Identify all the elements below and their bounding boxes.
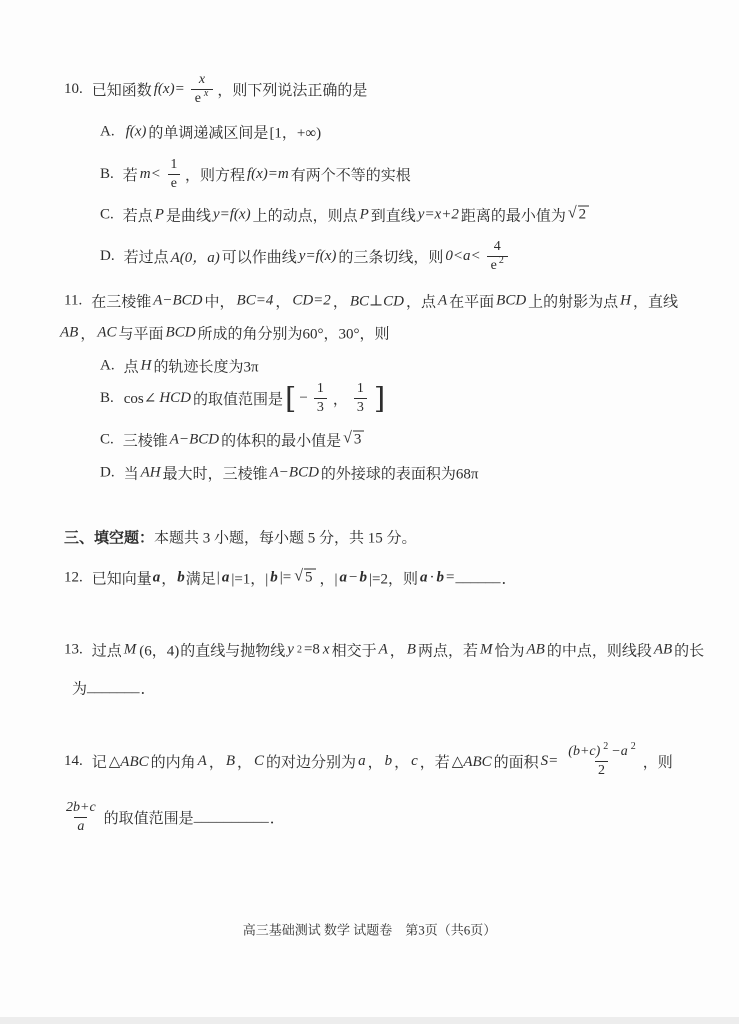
question-11-option-d: D. 当 AH 最大时，三棱锥 A−BCD 的外接球的表面积为68π xyxy=(100,463,479,484)
answer-blank: _______ xyxy=(87,680,140,697)
text-run: ，点 xyxy=(406,291,436,312)
period: ． xyxy=(501,568,516,589)
math-run: M xyxy=(124,642,137,659)
comma: ， xyxy=(237,751,252,772)
superscript: 2 xyxy=(631,741,636,752)
text-run: 的取值范围是 xyxy=(193,388,283,409)
math-run: P xyxy=(155,207,164,224)
text-run: 已知向量 xyxy=(92,568,152,589)
text-run: 的内角 xyxy=(151,751,196,772)
fraction-denominator: 3 xyxy=(354,398,367,417)
math-run: H xyxy=(620,293,631,310)
text-run: ，则 xyxy=(643,751,673,772)
math-run: cos∠ xyxy=(124,389,157,408)
text-run: 为 xyxy=(72,678,87,699)
fraction-denominator: e2 xyxy=(487,256,508,275)
math-run: =8 xyxy=(304,642,320,659)
math-run: |=1，| xyxy=(231,568,268,589)
question-10-option-a: A. f(x) 的单调递减区间是 [1，+∞) xyxy=(100,122,322,143)
math-run: M xyxy=(480,642,493,659)
math-run: AH xyxy=(141,465,161,482)
text-run: 记 xyxy=(92,751,107,772)
math-run: B xyxy=(226,753,235,770)
vector-b: b xyxy=(360,570,368,587)
question-13-stem-line-2: 为 _______ ． xyxy=(72,678,157,699)
superscript: 2 xyxy=(499,255,504,266)
comma: ， xyxy=(161,568,176,589)
text-run: 上的射影为点 xyxy=(528,291,618,312)
text-run: 距离的最小值为 xyxy=(461,205,566,226)
math-run: S= xyxy=(541,753,559,770)
math-run: x xyxy=(323,642,330,659)
text-run: 的面积 xyxy=(494,751,539,772)
math-run: A−BCD xyxy=(270,465,319,482)
page-footer: 高三基础测试 数学 试题卷 第3页（共6页） xyxy=(0,920,739,939)
equals-sign: = xyxy=(446,570,454,587)
math-run: ，| xyxy=(320,568,338,589)
comma: ， xyxy=(333,388,348,409)
question-number: 13. xyxy=(64,642,83,659)
text-run: ， xyxy=(333,291,348,312)
question-13-stem-line-1: 13. 过点 M (6，4) 的直线与抛物线 y2 =8 x 相交于 A ， B… xyxy=(64,640,704,661)
footer-text: 高三基础测试 数学 试题卷 第3页（共6页） xyxy=(243,920,497,939)
radicand: 5 xyxy=(304,569,316,587)
text-run: 满足 xyxy=(186,568,216,589)
math-run: △ABC xyxy=(109,752,149,771)
text-run: ，直线 xyxy=(633,291,678,312)
fraction: 2b+c a xyxy=(62,799,100,835)
math-run: y=x+2 xyxy=(418,207,459,224)
text-run: 三棱锥 xyxy=(123,430,168,451)
math-run: c xyxy=(411,753,418,770)
fraction-numerator: 2b+c xyxy=(64,799,98,817)
math-run: A xyxy=(198,753,207,770)
fraction: 1 e xyxy=(167,156,181,192)
question-11-option-c: C. 三棱锥 A−BCD 的体积的最小值是 √ 3 xyxy=(100,430,367,451)
text-run: 的长 xyxy=(674,640,704,661)
text-run: 恰为 xyxy=(494,640,524,661)
question-number: 11. xyxy=(64,293,82,310)
text-run: 的外接球的表面积为68π xyxy=(321,463,479,484)
radicand: 2 xyxy=(578,206,590,224)
text-run: 可以作曲线 xyxy=(222,246,297,267)
text-run: 所成的角分别为60°，30°，则 xyxy=(198,323,390,344)
text-run: 在平面 xyxy=(449,291,494,312)
question-number: 14. xyxy=(64,753,83,770)
text-run: 若点 xyxy=(123,205,153,226)
math-run: HCD xyxy=(159,390,191,407)
math-run: A xyxy=(379,642,388,659)
text-run: 在三棱锥 xyxy=(91,291,151,312)
fraction-numerator: 1 xyxy=(168,156,179,174)
answer-blank: ______ xyxy=(455,570,500,587)
option-label: C. xyxy=(100,432,114,449)
question-10-stem: 10. 已知函数 f(x)= x ex ，则下列说法正确的是 xyxy=(64,71,367,107)
text-run: 到直线 xyxy=(371,205,416,226)
question-11-stem-line-1: 11. 在三棱锥 A−BCD 中， BC=4 ， CD=2 ， BC⊥CD ，点… xyxy=(64,291,678,312)
math-run: b xyxy=(385,753,393,770)
radical-sign: √ xyxy=(568,205,577,223)
period: ． xyxy=(141,678,156,699)
text-run: e xyxy=(195,91,201,106)
math-run: A−BCD xyxy=(170,432,219,449)
answer-blank: __________ xyxy=(194,809,269,826)
math-run: A−BCD xyxy=(153,293,202,310)
vector-b: b xyxy=(436,570,444,587)
fraction-denominator: e xyxy=(168,174,180,193)
math-run: (6，4) xyxy=(139,640,179,661)
dot-operator: · xyxy=(429,570,434,587)
text-run: 是曲线 xyxy=(166,205,211,226)
question-12: 12. 已知向量 a ， b 满足 | a |=1，| b |= √ 5 ，| … xyxy=(64,568,517,589)
math-run: BCD xyxy=(166,325,196,342)
text-run: 的轨迹长度为3π xyxy=(153,356,258,377)
text-run: ，则方程 xyxy=(185,164,245,185)
text-run: 若过点 xyxy=(124,246,169,267)
question-10-option-c: C. 若点 P 是曲线 y=f(x) 上的动点，则点 P 到直线 y=x+2 距… xyxy=(100,205,592,226)
option-label: B. xyxy=(100,166,114,183)
scan-edge xyxy=(0,1017,739,1024)
math-run: m< xyxy=(140,166,161,183)
math-run: (b+c) xyxy=(568,744,600,759)
math-run: BCD xyxy=(496,293,526,310)
math-run: y=f(x) xyxy=(299,248,337,265)
radicand: 3 xyxy=(353,431,365,449)
question-number: 12. xyxy=(64,570,83,587)
math-run: AB xyxy=(654,642,672,659)
question-10-option-b: B. 若 m< 1 e ，则方程 f(x)=m 有两个不等的实根 xyxy=(100,156,411,192)
fraction: 1 3 xyxy=(353,380,368,416)
question-10-option-d: D. 若过点 A(0，a) 可以作曲线 y=f(x) 的三条切线，则 0<a< … xyxy=(100,238,512,274)
fraction-numerator: 4 xyxy=(492,238,503,256)
radical-sign: √ xyxy=(343,430,352,448)
fraction: 4 e2 xyxy=(487,238,508,274)
period: ． xyxy=(270,807,285,828)
option-label: D. xyxy=(100,465,115,482)
question-11-option-a: A. 点 H 的轨迹长度为3π xyxy=(100,356,259,377)
minus-sign: − xyxy=(349,570,357,587)
math-run: f(x)=m xyxy=(247,166,289,183)
text-run: e xyxy=(491,258,497,273)
text-run: 的体积的最小值是 xyxy=(221,430,341,451)
section-title: 三、填空题： xyxy=(64,527,154,548)
option-label: B. xyxy=(100,390,114,407)
text-run: 当 xyxy=(124,463,139,484)
fraction-numerator: 1 xyxy=(355,380,366,398)
comma: ， xyxy=(209,751,224,772)
fraction: x ex xyxy=(191,71,214,107)
vector-a: a xyxy=(340,570,348,587)
minus-sign: − xyxy=(299,390,307,407)
section-description: 本题共 3 小题，每小题 5 分，共 15 分。 xyxy=(154,527,417,548)
fraction: (b+c)2−a2 2 xyxy=(564,743,638,779)
right-bracket: ] xyxy=(374,384,385,413)
math-run: f(x) xyxy=(126,124,147,141)
comma: ， xyxy=(394,751,409,772)
math-run: −a xyxy=(611,744,627,759)
question-number: 10. xyxy=(64,81,83,98)
math-run: |=2，则 xyxy=(369,568,418,589)
math-run: [1，+∞) xyxy=(269,122,321,143)
text-run: 若 xyxy=(123,164,138,185)
fraction-numerator: (b+c)2−a2 xyxy=(564,743,638,761)
text-run: 的直线与抛物线 xyxy=(180,640,285,661)
math-run: AB xyxy=(527,642,545,659)
vector-a: a xyxy=(153,570,161,587)
text-run: 两点，若 xyxy=(418,640,478,661)
math-run: △ABC xyxy=(452,752,492,771)
text-run: 的取值范围是 xyxy=(104,807,194,828)
text-run: 中， xyxy=(205,291,235,312)
section-3-heading: 三、填空题： 本题共 3 小题，每小题 5 分，共 15 分。 xyxy=(64,527,417,548)
text-run: 的单调递减区间是 xyxy=(148,122,268,143)
text-run: 与平面 xyxy=(119,323,164,344)
question-11-option-b: B. cos∠ HCD 的取值范围是 [ − 1 3 ， 1 3 ] xyxy=(100,380,387,416)
superscript: x xyxy=(204,88,208,99)
math-run: C xyxy=(254,753,264,770)
math-run: y=f(x) xyxy=(213,207,251,224)
radical: √ 3 xyxy=(343,431,365,449)
radical: √ 5 xyxy=(294,569,316,587)
vector-b: b xyxy=(177,570,185,587)
text-run: 已知函数 xyxy=(92,79,152,100)
fraction-denominator: 2 xyxy=(595,761,608,780)
text-run: 的三条切线，则 xyxy=(338,246,443,267)
math-run: A xyxy=(438,293,447,310)
question-11-stem-line-2: AB ， AC 与平面 BCD 所成的角分别为60°，30°，则 xyxy=(58,323,390,344)
option-label: A. xyxy=(100,124,115,141)
vector-b: b xyxy=(270,570,278,587)
left-bracket: [ xyxy=(285,384,296,413)
math-run: H xyxy=(141,358,152,375)
math-run: BC=4 xyxy=(237,293,274,310)
text-run: 过点 xyxy=(92,640,122,661)
option-label: A. xyxy=(100,358,115,375)
exam-page: 10. 已知函数 f(x)= x ex ，则下列说法正确的是 A. f(x) 的… xyxy=(0,0,739,1024)
math-run: a xyxy=(358,753,366,770)
fraction-denominator: 3 xyxy=(314,398,327,417)
superscript: 2 xyxy=(603,741,608,752)
math-run: BC⊥CD xyxy=(350,292,404,311)
math-run: B xyxy=(407,642,416,659)
option-label: D. xyxy=(100,248,115,265)
text-run: 最大时，三棱锥 xyxy=(163,463,268,484)
text-run: 的中点，则线段 xyxy=(547,640,652,661)
fraction: 1 3 xyxy=(313,380,328,416)
text-run: 的对边分别为 xyxy=(266,751,356,772)
vector-a: a xyxy=(222,570,230,587)
math-run: 0<a< xyxy=(445,248,480,265)
option-label: C. xyxy=(100,207,114,224)
text-run: 相交于 xyxy=(332,640,377,661)
math-run: P xyxy=(360,207,369,224)
math-run: y xyxy=(287,642,294,659)
math-run: A(0，a) xyxy=(171,246,220,267)
radical: √ 2 xyxy=(568,206,590,224)
text-run: 有两个不等的实根 xyxy=(291,164,411,185)
fraction-denominator: a xyxy=(74,817,87,836)
math-run: AB xyxy=(60,325,78,342)
math-run: CD=2 xyxy=(292,293,330,310)
fraction-denominator: ex xyxy=(191,89,214,108)
question-14-stem-line-2: 2b+c a 的取值范围是 __________ ． xyxy=(58,799,286,835)
text-run: ，若 xyxy=(420,751,450,772)
math-run: f(x)= xyxy=(154,81,185,98)
math-run: | xyxy=(217,570,220,587)
text-run: 点 xyxy=(124,356,139,377)
math-run: |= xyxy=(280,570,291,587)
vector-a: a xyxy=(420,570,428,587)
question-14-stem-line-1: 14. 记 △ABC 的内角 A ， B ， C 的对边分别为 a ， b ， … xyxy=(64,743,673,779)
radical-sign: √ xyxy=(294,568,303,586)
text-run: ，则下列说法正确的是 xyxy=(217,79,367,100)
text-run: ， xyxy=(275,291,290,312)
comma: ， xyxy=(390,640,405,661)
text-run: ， xyxy=(80,323,95,344)
fraction-numerator: x xyxy=(197,71,207,89)
fraction-numerator: 1 xyxy=(315,380,326,398)
math-run: AC xyxy=(97,325,116,342)
comma: ， xyxy=(368,751,383,772)
text-run: 上的动点，则点 xyxy=(253,205,358,226)
